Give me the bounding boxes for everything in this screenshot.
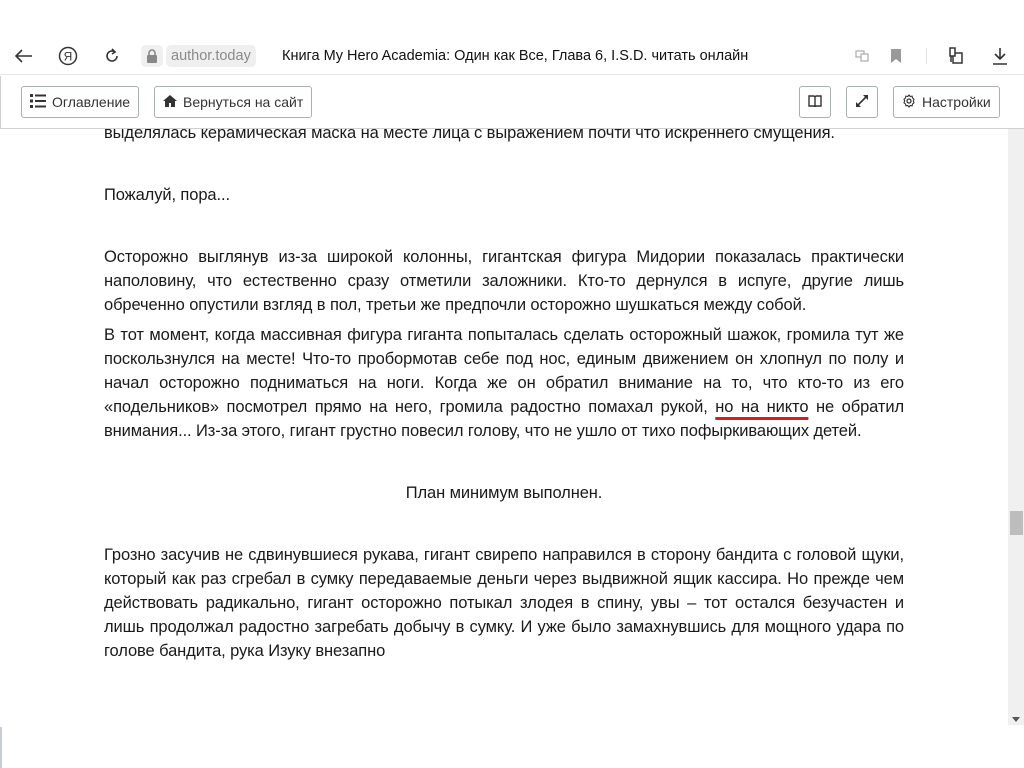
- settings-button[interactable]: Настройки: [893, 86, 1000, 118]
- gear-icon: [902, 94, 916, 111]
- bookmark-icon[interactable]: [884, 44, 908, 68]
- browser-address-bar: Я author.today Книга My Hero Academia: О…: [0, 38, 1024, 75]
- contents-button[interactable]: Оглавление: [21, 86, 139, 118]
- chapter-text: выделялась керамическая маска на месте л…: [104, 129, 904, 669]
- reload-icon[interactable]: [100, 44, 124, 68]
- reader-content: выделялась керамическая маска на месте л…: [0, 129, 1008, 725]
- back-to-site-button[interactable]: Вернуться на сайт: [154, 86, 312, 118]
- top-blank-area: [0, 0, 1024, 38]
- book-icon: [808, 94, 822, 110]
- paragraph: План минимум выполнен.: [104, 481, 904, 505]
- yandex-icon[interactable]: Я: [56, 44, 80, 68]
- back-arrow-icon[interactable]: [12, 44, 36, 68]
- underlined-error-text[interactable]: но на никто: [715, 398, 808, 416]
- scroll-thumb[interactable]: [1010, 511, 1023, 535]
- paragraph: Пожалуй, пора...: [104, 183, 904, 207]
- reader-toolbar: Оглавление Вернуться на сайт Настройки: [0, 76, 1024, 129]
- book-mode-button[interactable]: [799, 86, 831, 118]
- window-edge: [0, 727, 2, 768]
- bottom-blank-area: [0, 725, 1024, 768]
- url-domain[interactable]: author.today: [166, 45, 256, 67]
- page-title[interactable]: Книга My Hero Academia: Один как Все, Гл…: [282, 46, 748, 66]
- svg-text:Я: Я: [64, 50, 73, 64]
- list-icon: [30, 94, 46, 111]
- paragraph: выделялась керамическая маска на месте л…: [104, 129, 904, 145]
- settings-label: Настройки: [922, 94, 991, 110]
- collections-icon[interactable]: [944, 44, 968, 68]
- fullscreen-button[interactable]: [846, 86, 878, 118]
- paragraph: Грозно засучив не сдвинувшиеся рукава, г…: [104, 543, 904, 663]
- contents-label: Оглавление: [52, 94, 130, 110]
- back-to-site-label: Вернуться на сайт: [183, 94, 303, 110]
- separator: [926, 48, 927, 64]
- translate-icon[interactable]: [850, 44, 874, 68]
- paragraph: В тот момент, когда массивная фигура гиг…: [104, 323, 904, 443]
- scroll-down-arrow-icon[interactable]: [1011, 715, 1021, 723]
- scrollbar[interactable]: [1008, 129, 1024, 725]
- paragraph: Осторожно выглянув из-за широкой колонны…: [104, 245, 904, 317]
- lock-icon[interactable]: [141, 45, 163, 67]
- download-icon[interactable]: [988, 44, 1012, 68]
- expand-icon: [855, 94, 869, 111]
- home-icon: [163, 94, 177, 110]
